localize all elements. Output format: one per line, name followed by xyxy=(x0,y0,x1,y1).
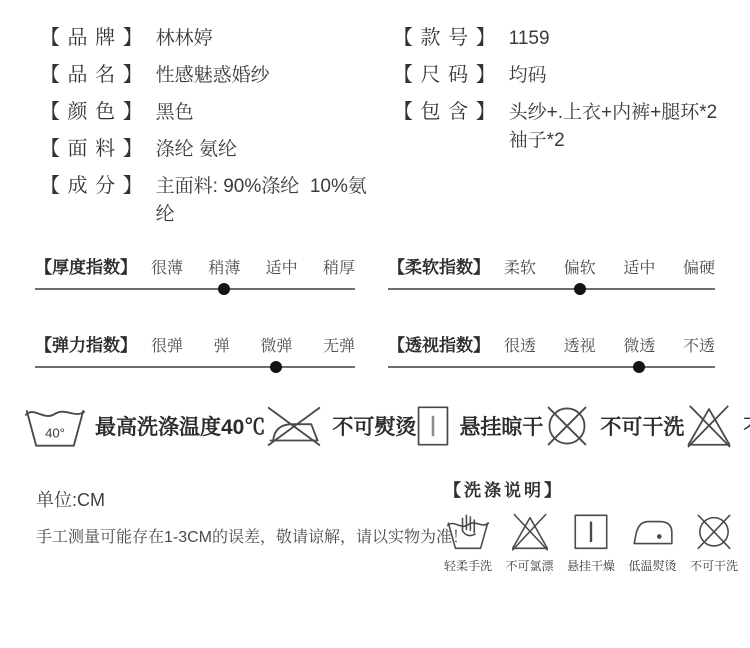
care-item-no-iron: 不可熨烫 xyxy=(265,403,416,449)
spec-value: 头纱+.上衣+内裤+腿环*2 袖子*2 xyxy=(509,99,718,155)
slider-title: 【透视指数】 xyxy=(388,331,490,356)
spec-value: 林林婷 xyxy=(156,25,213,53)
no-bleach-icon xyxy=(684,403,734,449)
spec-row-includes: 【 包 含 】 头纱+.上衣+内裤+腿环*2 袖子*2 xyxy=(393,94,745,155)
spec-label: 【 成 分 】 xyxy=(40,168,144,205)
slider-options: 很透 透视 微透 不透 xyxy=(490,333,715,356)
wash-label: 悬挂干燥 xyxy=(567,557,615,574)
slider-option: 弹 xyxy=(214,333,230,356)
slider-option: 很薄 xyxy=(151,255,183,278)
wash-label: 轻柔手洗 xyxy=(444,557,492,574)
slider-dot xyxy=(633,361,645,373)
no-chlorine-bleach-icon xyxy=(508,510,552,552)
washing-instructions-title: 【洗涤说明】 xyxy=(444,476,742,501)
slider-option: 很弹 xyxy=(151,333,183,356)
elasticity-index-slider: 【弹力指数】 很弹 弹 微弹 无弹 xyxy=(35,331,355,377)
slider-option: 适中 xyxy=(623,255,655,278)
washing-instructions-items: 轻柔手洗 不可氯漂 悬挂干燥 xyxy=(440,510,742,574)
no-iron-icon xyxy=(265,403,323,449)
wash-label: 不可干洗 xyxy=(690,557,738,574)
care-label: 不可干洗 xyxy=(600,411,684,441)
washing-instructions: 【洗涤说明】 轻柔手洗 不可氯漂 xyxy=(440,476,742,574)
hang-dry-icon xyxy=(416,404,450,448)
wash-40-icon: 40° xyxy=(24,402,86,450)
care-symbols-row: 40° 最高洗涤温度40℃ 不可熨烫 悬挂晾干 不可干洗 xyxy=(24,402,740,450)
slider-options: 很薄 稍薄 适中 稍厚 xyxy=(137,255,355,278)
spec-value: 涤纶 氨纶 xyxy=(156,136,237,164)
spec-row-composition: 【 成 分 】 主面料: 90%涤纶 10%氨纶 xyxy=(40,168,385,229)
slider-dot xyxy=(270,361,282,373)
slider-dot xyxy=(574,283,586,295)
slider-title: 【厚度指数】 xyxy=(35,253,137,278)
slider-title: 【弹力指数】 xyxy=(35,331,137,356)
slider-options: 柔软 偏软 适中 偏硬 xyxy=(490,255,715,278)
spec-label: 【 颜 色 】 xyxy=(40,94,144,131)
spec-row-color: 【 颜 色 】 黑色 xyxy=(40,94,385,131)
thickness-index-slider: 【厚度指数】 很薄 稍薄 适中 稍厚 xyxy=(35,253,355,299)
care-label: 不可漂白 xyxy=(743,411,750,441)
wash-item-low-temp-iron: 低温熨烫 xyxy=(625,510,681,574)
spec-row-size: 【 尺 码 】 均码 xyxy=(393,57,745,94)
no-dryclean-icon xyxy=(692,510,736,552)
wash-item-hang-to-dry: 悬挂干燥 xyxy=(563,510,619,574)
spec-row-brand: 【 品 牌 】 林林婷 xyxy=(40,20,385,57)
care-label: 悬挂晾干 xyxy=(459,411,543,441)
care-item-no-dryclean: 不可干洗 xyxy=(543,402,684,450)
spec-column-left: 【 品 牌 】 林林婷 【 品 名 】 性感魅惑婚纱 【 颜 色 】 黑色 【 … xyxy=(40,20,385,229)
no-dryclean-icon xyxy=(543,402,591,450)
care-item-hang-dry: 悬挂晾干 xyxy=(416,404,543,448)
care-item-no-bleach: 不可漂白 xyxy=(684,403,750,449)
slider-track xyxy=(388,366,715,368)
slider-option: 很透 xyxy=(504,333,536,356)
spec-label: 【 面 料 】 xyxy=(40,131,144,168)
svg-text:40°: 40° xyxy=(45,425,65,440)
slider-option: 微弹 xyxy=(260,333,292,356)
slider-option: 适中 xyxy=(266,255,298,278)
slider-option: 透视 xyxy=(564,333,596,356)
spec-value: 均码 xyxy=(509,62,547,90)
low-temp-iron-icon xyxy=(631,510,675,552)
spec-label: 【 品 牌 】 xyxy=(40,20,144,57)
slider-option: 柔软 xyxy=(504,255,536,278)
slider-options: 很弹 弹 微弹 无弹 xyxy=(137,333,355,356)
softness-index-slider: 【柔软指数】 柔软 偏软 适中 偏硬 xyxy=(388,253,715,299)
spec-value: 黑色 xyxy=(156,99,194,127)
slider-option: 偏硬 xyxy=(683,255,715,278)
slider-track xyxy=(35,366,355,368)
spec-label: 【 品 名 】 xyxy=(40,57,144,94)
measurement-note: 手工测量可能存在1-3CM的误差，敬请谅解，请以实物为准！ xyxy=(36,524,468,547)
slider-option: 偏软 xyxy=(564,255,596,278)
slider-option: 无弹 xyxy=(323,333,355,356)
hang-to-dry-icon xyxy=(569,510,613,552)
care-label: 最高洗涤温度40℃ xyxy=(95,411,265,441)
spec-value: 1159 xyxy=(509,25,550,53)
slider-title: 【柔软指数】 xyxy=(388,253,490,278)
slider-option: 稍厚 xyxy=(323,255,355,278)
care-label: 不可熨烫 xyxy=(332,411,416,441)
spec-label: 【 尺 码 】 xyxy=(393,57,497,94)
product-spec-sheet: 【 品 牌 】 林林婷 【 品 名 】 性感魅惑婚纱 【 颜 色 】 黑色 【 … xyxy=(0,0,750,648)
slider-dot xyxy=(218,283,230,295)
spec-value: 性感魅惑婚纱 xyxy=(156,62,270,90)
spec-row-fabric: 【 面 料 】 涤纶 氨纶 xyxy=(40,131,385,168)
slider-track xyxy=(35,288,355,290)
wash-label: 低温熨烫 xyxy=(628,557,676,574)
gentle-handwash-icon xyxy=(446,510,490,552)
spec-row-style-number: 【 款 号 】 1159 xyxy=(393,20,745,57)
slider-option: 稍薄 xyxy=(208,255,240,278)
spec-value: 主面料: 90%涤纶 10%氨纶 xyxy=(156,173,385,229)
unit-note: 单位:CM xyxy=(36,486,105,512)
wash-item-no-dryclean: 不可干洗 xyxy=(686,510,742,574)
spec-column-right: 【 款 号 】 1159 【 尺 码 】 均码 【 包 含 】 头纱+.上衣+内… xyxy=(393,20,745,155)
care-item-wash-40: 40° 最高洗涤温度40℃ xyxy=(24,402,265,450)
spec-label: 【 包 含 】 xyxy=(393,94,497,131)
wash-item-gentle-handwash: 轻柔手洗 xyxy=(440,510,496,574)
slider-option: 微透 xyxy=(623,333,655,356)
spec-row-product-name: 【 品 名 】 性感魅惑婚纱 xyxy=(40,57,385,94)
slider-option: 不透 xyxy=(683,333,715,356)
wash-item-no-chlorine-bleach: 不可氯漂 xyxy=(502,510,558,574)
spec-label: 【 款 号 】 xyxy=(393,20,497,57)
slider-track xyxy=(388,288,715,290)
index-sliders: 【厚度指数】 很薄 稍薄 适中 稍厚 【柔软指数】 柔软 偏软 适中 偏硬 xyxy=(35,253,715,377)
transparency-index-slider: 【透视指数】 很透 透视 微透 不透 xyxy=(388,331,715,377)
wash-label: 不可氯漂 xyxy=(505,557,553,574)
